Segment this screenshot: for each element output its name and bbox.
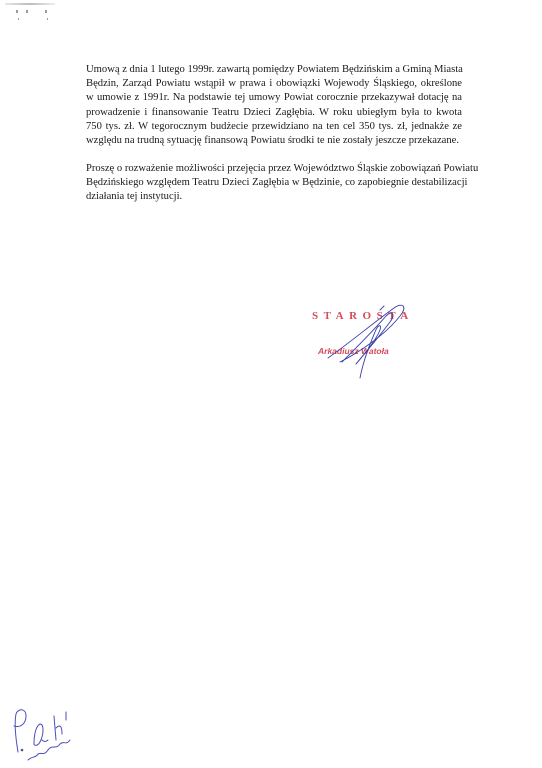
text-line: Będzińskiego względem Teatru Dzieci Zagł… <box>86 176 462 190</box>
signature-icon <box>320 300 430 380</box>
scan-artifact-marks <box>14 10 74 24</box>
text-line: 750 tys. zł. W tegorocznym budżecie prze… <box>86 120 462 134</box>
text-line: w umowie z 1991r. Na podstawie tej umowy… <box>86 91 462 105</box>
paragraph-request: Proszę o rozważenie możliwości przejęcia… <box>86 162 462 205</box>
text-line: Proszę o rozważenie możliwości przejęcia… <box>86 162 462 176</box>
paragraph-agreement: Umową z dnia 1 lutego 1999r. zawartą pom… <box>86 63 462 148</box>
text-line: Będzin, Zarząd Powiatu wstąpił w prawa i… <box>86 77 462 91</box>
text-line: prowadzenie i finansowanie Teatru Dzieci… <box>86 106 462 120</box>
handwritten-note-icon <box>4 700 84 766</box>
scan-artifact-bar <box>5 3 55 5</box>
text-line: względu na trudną sytuację finansową Pow… <box>86 134 462 148</box>
text-line: Umową z dnia 1 lutego 1999r. zawartą pom… <box>86 63 462 77</box>
text-line: działania tej instytucji. <box>86 190 462 204</box>
